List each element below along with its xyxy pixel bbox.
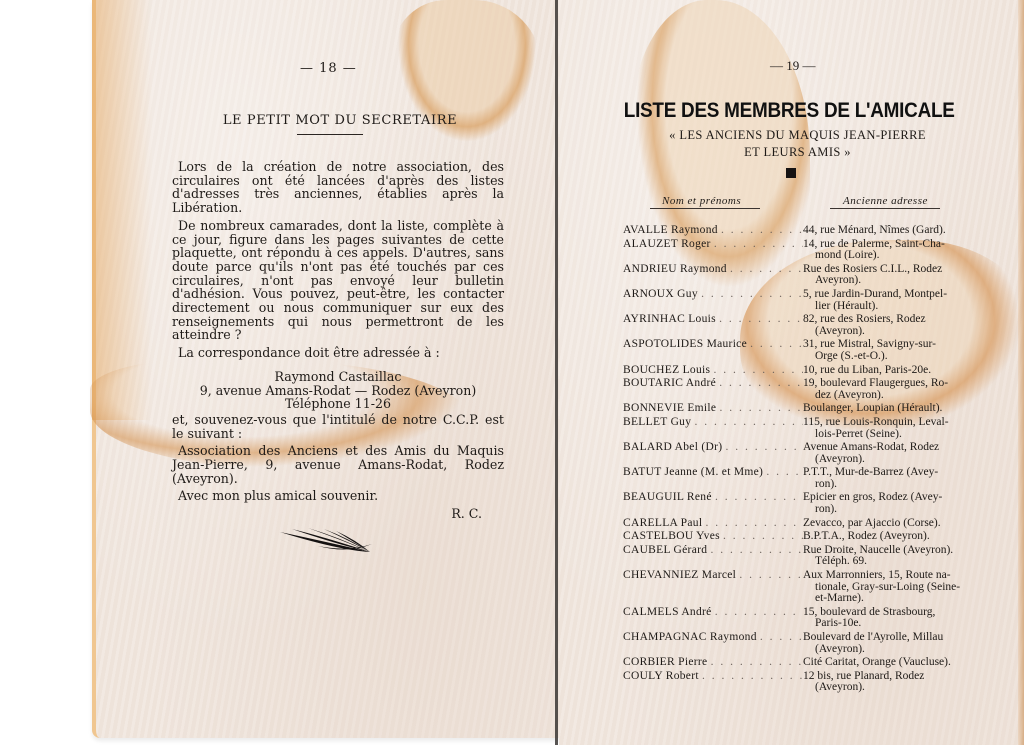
member-given-name: Raymond [707, 632, 760, 643]
page-number-left: — 18 — [300, 61, 357, 76]
member-surname: ARNOUX [623, 289, 674, 300]
member-address: Boulanger, Loupian (Hérault). [803, 403, 1003, 415]
paragraph: De nombreux camarades, dont la liste, co… [172, 219, 504, 342]
member-row: COULY Robert . . . . . . . . . . . . . .… [623, 671, 1008, 694]
member-surname: BONNEVIE [623, 403, 684, 414]
member-name: BOUCHEZ Louis . . . . . . . . . . . . . … [623, 365, 803, 377]
leader-dots: . . . . . . . . . . . . . . . . . [721, 225, 803, 236]
member-surname: CASTELBOU [623, 531, 693, 542]
member-address: 82, rue des Rosiers, Rodez(Aveyron). [803, 314, 1003, 337]
member-address: Cité Caritat, Orange (Vaucluse). [803, 657, 1003, 669]
address-phone: Téléphone 11-26 [172, 397, 504, 411]
member-row: ALAUZET Roger . . . . . . . . . . . . . … [623, 239, 1008, 262]
leader-dots: . . . . . . . . . . . . . . . . . [714, 239, 803, 250]
address-line: B.P.T.A., Rodez (Aveyron). [803, 531, 1003, 543]
leader-dots: . . . . . . . . . . . . . . . . . [715, 492, 803, 503]
member-address: 12 bis, rue Planard, Rodez(Aveyron). [803, 671, 1003, 694]
member-name: ALAUZET Roger . . . . . . . . . . . . . … [623, 239, 803, 262]
member-name: ANDRIEU Raymond . . . . . . . . . . . . … [623, 264, 803, 287]
address-line: (Aveyron). [803, 326, 1003, 338]
subtitle-line: « LES ANCIENS DU MAQUIS JEAN-PIERRE [600, 127, 995, 144]
column-header-address: Ancienne adresse [843, 195, 928, 207]
member-name: BONNEVIE Emile . . . . . . . . . . . . .… [623, 403, 803, 415]
member-surname: CHEVANNIEZ [623, 570, 699, 581]
member-row: ASPOTOLIDES Maurice . . . . . . . . . . … [623, 339, 1008, 362]
leader-dots: . . . . . . . . . . . . . . . . . [730, 264, 803, 275]
member-surname: BALARD [623, 442, 672, 453]
member-name: CORBIER Pierre . . . . . . . . . . . . .… [623, 657, 803, 669]
member-row: AYRINHAC Louis . . . . . . . . . . . . .… [623, 314, 1008, 337]
member-row: CASTELBOU Yves . . . . . . . . . . . . .… [623, 531, 1008, 543]
address-line: (Aveyron). [803, 644, 1003, 656]
address-line: (Aveyron). [803, 454, 1003, 466]
member-given-name: Maurice [703, 339, 750, 350]
address-line: lier (Hérault). [803, 301, 1003, 313]
member-address: Aux Marronniers, 15, Route na-tionale, G… [803, 570, 1003, 605]
member-row: BONNEVIE Emile . . . . . . . . . . . . .… [623, 403, 1008, 415]
member-given-name: Louis [685, 314, 719, 325]
address-line: Orge (S.-et-O.). [803, 351, 1003, 363]
member-row: CARELLA Paul . . . . . . . . . . . . . .… [623, 518, 1008, 530]
leader-dots: . . . . . . . . . . . . . . . . . [720, 403, 804, 414]
member-surname: AVALLE [623, 225, 668, 236]
address-line: 82, rue des Rosiers, Rodez [803, 314, 1003, 326]
paragraph: La correspondance doit être adressée à : [172, 346, 504, 360]
member-name: CALMELS André . . . . . . . . . . . . . … [623, 607, 803, 630]
leader-dots: . . . . . . . . . . . . . . . . . [760, 632, 803, 643]
member-address: 10, rue du Liban, Paris-20e. [803, 365, 1003, 377]
leader-dots: . . . . . . . . . . . . . . . . . [711, 657, 803, 668]
member-name: CAUBEL Gérard . . . . . . . . . . . . . … [623, 545, 803, 568]
member-address: 19, boulevard Flaugergues, Ro-dez (Aveyr… [803, 378, 1003, 401]
section-title: LE PETIT MOT DU SECRETAIRE [160, 113, 520, 128]
member-name: BATUT Jeanne (M. et Mme) . . . . . . . .… [623, 467, 803, 490]
address-line: Boulanger, Loupian (Hérault). [803, 403, 1003, 415]
leader-dots: . . . . . . . . . . . . . . . . . [723, 531, 803, 542]
member-surname: CAUBEL [623, 545, 670, 556]
member-name: CHAMPAGNAC Raymond . . . . . . . . . . .… [623, 632, 803, 655]
leader-dots: . . . . . . . . . . . . . . . . . [750, 339, 803, 350]
member-name: COULY Robert . . . . . . . . . . . . . .… [623, 671, 803, 694]
member-row: CHEVANNIEZ Marcel . . . . . . . . . . . … [623, 570, 1008, 605]
address-line: Paris-10e. [803, 618, 1003, 630]
address-line: Aveyron). [803, 275, 1003, 287]
booklet-spread: — 18 — LE PETIT MOT DU SECRETAIRE Lors d… [0, 0, 1024, 745]
member-row: BALARD Abel (Dr) . . . . . . . . . . . .… [623, 442, 1008, 465]
member-row: CAUBEL Gérard . . . . . . . . . . . . . … [623, 545, 1008, 568]
member-given-name: Marcel [699, 570, 740, 581]
closing: Avec mon plus amical souvenir. [172, 489, 504, 503]
member-surname: BEAUGUIL [623, 492, 684, 503]
member-address: 115, rue Louis-Ronquin, Leval-lois-Perre… [803, 417, 1003, 440]
page-number-right: — 19 — [770, 58, 816, 74]
member-row: CHAMPAGNAC Raymond . . . . . . . . . . .… [623, 632, 1008, 655]
member-address: Rue des Rosiers C.I.L., RodezAveyron). [803, 264, 1003, 287]
subtitle-line: ET LEURS AMIS » [600, 144, 995, 161]
member-given-name: André [679, 607, 715, 618]
address-line: Aux Marronniers, 15, Route na- [803, 570, 1003, 582]
member-row: BEAUGUIL René . . . . . . . . . . . . . … [623, 492, 1008, 515]
member-address: 5, rue Jardin-Durand, Montpel-lier (Héra… [803, 289, 1003, 312]
member-surname: ASPOTOLIDES [623, 339, 703, 350]
member-name: ARNOUX Guy . . . . . . . . . . . . . . .… [623, 289, 803, 312]
member-name: ASPOTOLIDES Maurice . . . . . . . . . . … [623, 339, 803, 362]
member-given-name: Raymond [668, 225, 721, 236]
column-rule [830, 208, 940, 209]
member-surname: CALMELS [623, 607, 679, 618]
member-given-name: Guy [674, 289, 701, 300]
column-header-name: Nom et prénoms [662, 195, 741, 207]
paragraph: Lors de la création de notre association… [172, 160, 504, 215]
member-row: CALMELS André . . . . . . . . . . . . . … [623, 607, 1008, 630]
secretary-letter: Lors de la création de notre association… [172, 160, 504, 525]
address-line: et-Marne). [803, 593, 1003, 605]
member-given-name: Abel (Dr) [672, 442, 725, 453]
address-line: Téléph. 69. [803, 556, 1003, 568]
member-address: B.P.T.A., Rodez (Aveyron). [803, 531, 1003, 543]
address-line: 5, rue Jardin-Durand, Montpel- [803, 289, 1003, 301]
column-rule [650, 208, 760, 209]
address-line: 115, rue Louis-Ronquin, Leval- [803, 417, 1003, 429]
member-row: BOUTARIC André . . . . . . . . . . . . .… [623, 378, 1008, 401]
member-given-name: Gérard [670, 545, 710, 556]
address-line: 19, boulevard Flaugergues, Ro- [803, 378, 1003, 390]
leader-dots: . . . . . . . . . . . . . . . . . [739, 570, 803, 581]
address-line: 10, rue du Liban, Paris-20e. [803, 365, 1003, 377]
leader-dots: . . . . . . . . . . . . . . . . . [726, 442, 803, 453]
leader-dots: . . . . . . . . . . . . . . . . . [702, 671, 803, 682]
member-given-name: Roger [678, 239, 714, 250]
member-name: CHEVANNIEZ Marcel . . . . . . . . . . . … [623, 570, 803, 605]
member-given-name: Louis [679, 365, 713, 376]
member-name: BOUTARIC André . . . . . . . . . . . . .… [623, 378, 803, 401]
member-row: ARNOUX Guy . . . . . . . . . . . . . . .… [623, 289, 1008, 312]
member-name: CARELLA Paul . . . . . . . . . . . . . .… [623, 518, 803, 530]
member-surname: BOUTARIC [623, 378, 683, 389]
address-name: Raymond Castaillac [172, 370, 504, 384]
address-line: Boulevard de l'Ayrolle, Millau [803, 632, 1003, 644]
member-name: BEAUGUIL René . . . . . . . . . . . . . … [623, 492, 803, 515]
page-edge [1018, 0, 1024, 745]
member-surname: CHAMPAGNAC [623, 632, 707, 643]
member-address: 31, rue Mistral, Savigny-sur-Orge (S.-et… [803, 339, 1003, 362]
member-address: P.T.T., Mur-de-Barrez (Avey-ron). [803, 467, 1003, 490]
member-address: Rue Droite, Naucelle (Aveyron).Téléph. 6… [803, 545, 1003, 568]
member-given-name: René [684, 492, 715, 503]
leader-dots: . . . . . . . . . . . . . . . . . [713, 365, 803, 376]
ccp-title: Association des Anciens et des Amis du M… [172, 444, 504, 485]
leader-dots: . . . . . . . . . . . . . . . . . [701, 289, 803, 300]
member-surname: ANDRIEU [623, 264, 677, 275]
address-line: Avenue Amans-Rodat, Rodez [803, 442, 1003, 454]
member-given-name: André [683, 378, 719, 389]
member-address: 44, rue Ménard, Nîmes (Gard). [803, 225, 1003, 237]
leader-dots: . . . . . . . . . . . . . . . . . [715, 607, 803, 618]
member-given-name: Guy [667, 417, 694, 428]
member-given-name: Pierre [675, 657, 711, 668]
member-row: AVALLE Raymond . . . . . . . . . . . . .… [623, 225, 1008, 237]
title-rule [297, 134, 363, 135]
address-line: dez (Aveyron). [803, 390, 1003, 402]
member-name: AYRINHAC Louis . . . . . . . . . . . . .… [623, 314, 803, 337]
address-line: (Aveyron). [803, 682, 1003, 694]
member-given-name: Paul [678, 518, 706, 529]
member-surname: CORBIER [623, 657, 675, 668]
member-address: Epicier en gros, Rodez (Avey-ron). [803, 492, 1003, 515]
address-line: ron). [803, 479, 1003, 491]
member-given-name: Yves [693, 531, 723, 542]
subtitle: « LES ANCIENS DU MAQUIS JEAN-PIERRE ET L… [600, 127, 995, 161]
feather-flourish-icon [278, 528, 374, 554]
book-gutter [555, 0, 558, 745]
member-row: BELLET Guy . . . . . . . . . . . . . . .… [623, 417, 1008, 440]
address-line: 44, rue Ménard, Nîmes (Gard). [803, 225, 1003, 237]
member-name: AVALLE Raymond . . . . . . . . . . . . .… [623, 225, 803, 237]
leader-dots: . . . . . . . . . . . . . . . . . [766, 467, 803, 478]
leader-dots: . . . . . . . . . . . . . . . . . [719, 378, 803, 389]
leader-dots: . . . . . . . . . . . . . . . . . [710, 545, 803, 556]
member-surname: BELLET [623, 417, 667, 428]
member-surname: BOUCHEZ [623, 365, 679, 376]
member-address: 15, boulevard de Strasbourg,Paris-10e. [803, 607, 1003, 630]
ccp-intro: et, souvenez-vous que l'intitulé de notr… [172, 413, 504, 440]
member-row: BOUCHEZ Louis . . . . . . . . . . . . . … [623, 365, 1008, 377]
member-address: 14, rue de Palerme, Saint-Cha-mond (Loir… [803, 239, 1003, 262]
page-title: LISTE DES MEMBRES DE L'AMICALE [600, 98, 978, 123]
member-name: CASTELBOU Yves . . . . . . . . . . . . .… [623, 531, 803, 543]
member-given-name: Robert [663, 671, 702, 682]
signature: R. C. [172, 507, 504, 521]
member-surname: COULY [623, 671, 663, 682]
leader-dots: . . . . . . . . . . . . . . . . . [719, 314, 803, 325]
black-square-icon [786, 168, 796, 178]
member-name: BALARD Abel (Dr) . . . . . . . . . . . .… [623, 442, 803, 465]
member-name: BELLET Guy . . . . . . . . . . . . . . .… [623, 417, 803, 440]
member-surname: AYRINHAC [623, 314, 685, 325]
member-given-name: Raymond [677, 264, 730, 275]
member-surname: CARELLA [623, 518, 678, 529]
address-line: Cité Caritat, Orange (Vaucluse). [803, 657, 1003, 669]
member-address: Zevacco, par Ajaccio (Corse). [803, 518, 1003, 530]
address-line: lois-Perret (Seine). [803, 429, 1003, 441]
member-row: BATUT Jeanne (M. et Mme) . . . . . . . .… [623, 467, 1008, 490]
address-line: mond (Loire). [803, 250, 1003, 262]
member-row: CORBIER Pierre . . . . . . . . . . . . .… [623, 657, 1008, 669]
member-row: ANDRIEU Raymond . . . . . . . . . . . . … [623, 264, 1008, 287]
leader-dots: . . . . . . . . . . . . . . . . . [706, 518, 804, 529]
member-given-name: Emile [684, 403, 719, 414]
member-surname: BATUT [623, 467, 661, 478]
member-list: AVALLE Raymond . . . . . . . . . . . . .… [623, 225, 1008, 696]
address-line: ron). [803, 504, 1003, 516]
member-given-name: Jeanne (M. et Mme) [661, 467, 766, 478]
address-street: 9, avenue Amans-Rodat — Rodez (Aveyron) [172, 384, 504, 398]
address-line: Zevacco, par Ajaccio (Corse). [803, 518, 1003, 530]
member-surname: ALAUZET [623, 239, 678, 250]
leader-dots: . . . . . . . . . . . . . . . . . [694, 417, 803, 428]
member-address: Boulevard de l'Ayrolle, Millau(Aveyron). [803, 632, 1003, 655]
member-address: Avenue Amans-Rodat, Rodez(Aveyron). [803, 442, 1003, 465]
